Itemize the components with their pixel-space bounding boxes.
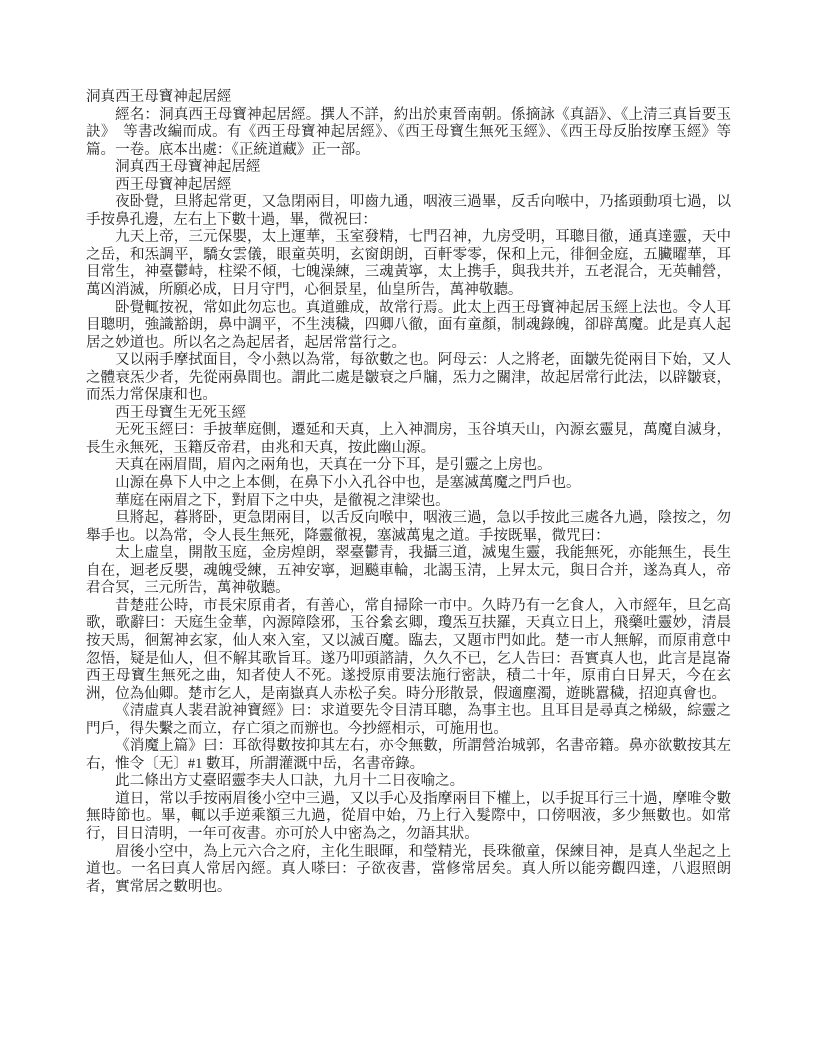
commentary-qiju-method: 卧覺輒按祝，常如此勿忘也。真道雖成，故常行焉。此太上西王母寶神起居玉經上法也。令… <box>86 300 731 353</box>
section-title-baoshen: 西王母寶神起居經 <box>86 177 731 195</box>
inner-title: 洞真西王母寶神起居經 <box>86 159 731 177</box>
scripture-quote-wusi: 无死玉經曰：手披華庭側，遷延和天真，上入神澗房，玉谷填天山，內源玄靈見，萬魔自滅… <box>86 422 731 457</box>
note-shanyuan: 山源在鼻下人中之上本側，在鼻下小入孔谷中也，是塞滅萬魔之門戶也。 <box>86 475 731 493</box>
bibliographic-note: 經名：洞真西王母寶神起居經。撰人不詳，約出於東晉南朝。係摘詠《真語》、《上清三真… <box>86 107 731 160</box>
incantation-taishang: 太上虛皇，開散玉庭，金房煌朗，翠臺鬱青，我攝三道，滅鬼生靈，我能無死，亦能無生，… <box>86 545 731 598</box>
commentary-changju: 眉後小空中，為上元六合之府，主化生眼暉，和瑩精光，長珠徹童，保練目神，是真人坐起… <box>86 844 731 897</box>
practice-instruction-pressing: 旦將起，暮將卧，更急閉兩目，以舌反向喉中，咽液三過，急以手按此三處各九過，陰按之… <box>86 510 731 545</box>
quote-qingxu-zhenren: 《清虛真人裴君說神寶經》曰：求道要先令目清耳聰，為事主也。且耳目是尋真之梯級，綜… <box>86 703 731 738</box>
doc-title: 洞真西王母寶神起居經 <box>86 89 731 107</box>
practice-instruction-morning: 夜卧覺，旦將起常更，又急閉兩目，叩齒九通，咽液三過畢，反舌向喉中，乃搖頭動項七過… <box>86 194 731 229</box>
quote-xiaomo-shangpian: 《消魔上篇》曰：耳欲得數按抑其左右，亦令無數，所謂營治城郭，名書帝籍。鼻亦欲數按… <box>86 738 731 773</box>
story-chu-beggar: 昔楚莊公時，市長宋原甫者，有善心，常自掃除一市中。久時乃有一乞食人，入市經年，旦… <box>86 598 731 703</box>
note-huating: 華庭在兩眉之下，對眉下之中央，是徹視之津梁也。 <box>86 493 731 511</box>
invocation-nine-heavens: 九天上帝，三元保嬰，太上運華，玉室發精，七門召神，九房受明，耳聰目徹，通真達靈，… <box>86 229 731 299</box>
text-block: 洞真西王母寶神起居經 經名：洞真西王母寶神起居經。撰人不詳，約出於東晉南朝。係摘… <box>86 89 731 896</box>
document-page: 洞真西王母寶神起居經 經名：洞真西王母寶神起居經。撰人不詳，約出於東晉南朝。係摘… <box>0 0 816 1056</box>
note-tianzhen: 天真在兩眉間，眉內之兩角也，天真在一分下耳，是引靈之上房也。 <box>86 457 731 475</box>
commentary-face-rubbing: 又以兩手摩拭面目，令小熱以為常，每欲數之也。阿母云：人之將老，面皺先從兩目下始，… <box>86 352 731 405</box>
section-title-wusi: 西王母寶生无死玉經 <box>86 405 731 423</box>
colophon-note: 此二條出方丈臺昭靈李夫人口訣，九月十二日夜喻之。 <box>86 773 731 791</box>
practice-instruction-brow: 道日，常以手按兩眉後小空中三過，又以手心及指摩兩目下權上，以手捉耳行三十過，摩唯… <box>86 791 731 844</box>
